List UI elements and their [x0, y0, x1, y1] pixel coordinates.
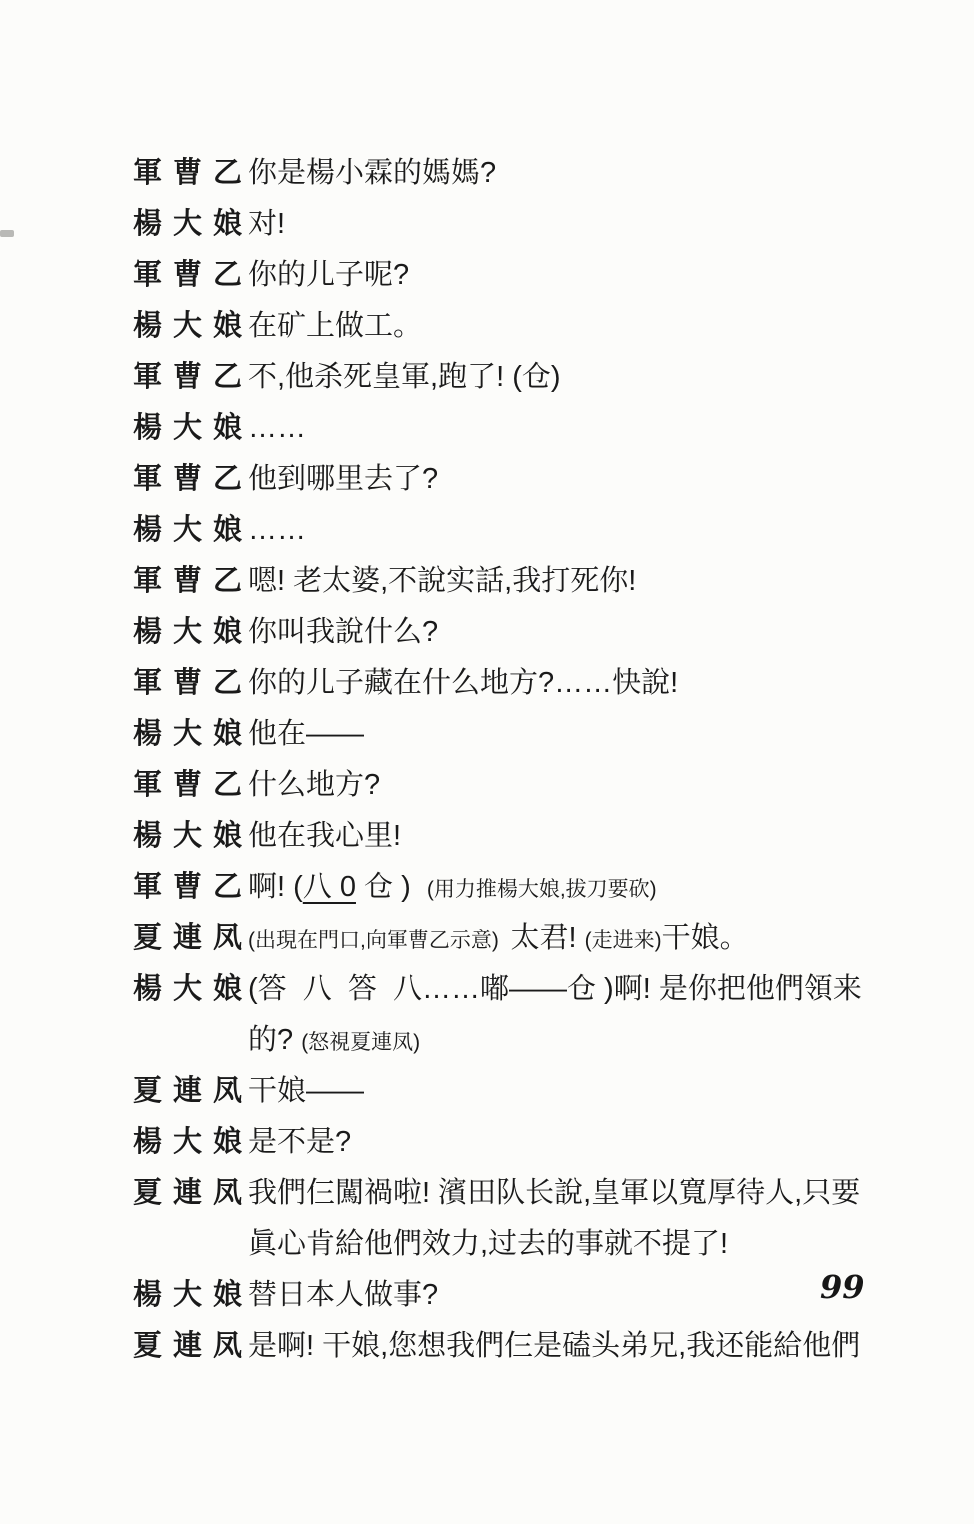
dialogue-row: 楊大娘你叫我說什么?	[133, 609, 923, 660]
speaker-name: 軍曹乙	[133, 864, 248, 910]
page-number: 99	[820, 1268, 865, 1306]
dialogue-segment-small: (用力推楊大娘,拔刀要砍)	[427, 878, 657, 901]
speaker-name: 楊大娘	[133, 1272, 248, 1318]
speaker-name: 楊大娘	[133, 711, 248, 757]
dialogue-segment-normal: ……	[248, 412, 306, 444]
dialogue-segment-normal: 不,他杀死皇軍,跑了! (仓)	[248, 361, 561, 393]
dialogue-segment-normal: 你的儿子藏在什么地方?……快說!	[248, 667, 678, 699]
dialogue-text: 他到哪里去了?	[248, 456, 903, 507]
speaker-name: 軍曹乙	[133, 354, 248, 400]
dialogue-segment-normal: 你是楊小霖的媽媽?	[248, 157, 496, 189]
dialogue-segment-normal: 干娘——	[248, 1075, 364, 1107]
dialogue-row: 軍曹乙你的儿子呢?	[133, 252, 923, 303]
dialogue-text: 是啊! 干娘,您想我們仨是磕头弟兄,我还能給他們	[248, 1323, 903, 1374]
dialogue-segment-normal: 是啊! 干娘,您想我們仨是磕头弟兄,我还能給他們	[248, 1330, 860, 1362]
dialogue-row: 楊大娘在矿上做工。	[133, 303, 923, 354]
speaker-name: 楊大娘	[133, 609, 248, 655]
speaker-name: 軍曹乙	[133, 456, 248, 502]
speaker-name: 楊大娘	[133, 1119, 248, 1165]
speaker-name: 楊大娘	[133, 966, 248, 1012]
dialogue-row: 楊大娘……	[133, 507, 923, 558]
dialogue-row: 夏連凤我們仨闖禍啦! 濱田队长說,皇軍以寬厚待人,只要 眞心肯給他們效力,过去的…	[133, 1170, 923, 1272]
dialogue-text: 替日本人做事?	[248, 1272, 903, 1323]
dialogue-segment-small: (出現在門口,向軍曹乙示意)	[248, 929, 511, 952]
dialogue-segment-normal: ……	[248, 514, 306, 546]
speaker-name: 楊大娘	[133, 813, 248, 859]
dialogue-row: 軍曹乙什么地方?	[133, 762, 923, 813]
speaker-name: 夏連凤	[133, 1068, 248, 1114]
dialogue-segment-normal: 他到哪里去了?	[248, 463, 438, 495]
dialogue-segment-normal: 嗯! 老太婆,不說实話,我打死你!	[248, 565, 636, 597]
dialogue-text: 你的儿子呢?	[248, 252, 903, 303]
dialogue-row: 軍曹乙他到哪里去了?	[133, 456, 923, 507]
dialogue-row: 夏連凤是啊! 干娘,您想我們仨是磕头弟兄,我还能給他們	[133, 1323, 923, 1374]
dialogue-text: 你是楊小霖的媽媽?	[248, 150, 903, 201]
dialogue-text: 你叫我說什么?	[248, 609, 903, 660]
dialogue-text: ……	[248, 405, 903, 456]
dialogue-segment-normal: 你的儿子呢?	[248, 259, 409, 291]
dialogue-segment-underline: 八 0	[303, 871, 356, 903]
dialogue-row: 軍曹乙嗯! 老太婆,不說实話,我打死你!	[133, 558, 923, 609]
scan-artifact	[0, 230, 14, 237]
dialogue-row: 軍曹乙你是楊小霖的媽媽?	[133, 150, 923, 201]
dialogue-text: 他在——	[248, 711, 903, 762]
dialogue-text: 你的儿子藏在什么地方?……快說!	[248, 660, 903, 711]
dialogue-row: 楊大娘(答 八 答 八……嘟——仓 )啊! 是你把他們領来 的? (怒視夏連凤)	[133, 966, 923, 1068]
dialogue-segment-normal: 我們仨闖禍啦! 濱田队长說,皇軍以寬厚待人,只要 眞心肯給他們效力,过去的事就不…	[248, 1177, 860, 1260]
dialogue-segment-normal: 啊! (	[248, 871, 303, 903]
speaker-name: 軍曹乙	[133, 150, 248, 196]
dialogue-row: 楊大娘替日本人做事?	[133, 1272, 923, 1323]
speaker-name: 軍曹乙	[133, 558, 248, 604]
dialogue-text: (答 八 答 八……嘟——仓 )啊! 是你把他們領来 的? (怒視夏連凤)	[248, 966, 903, 1068]
dialogue-segment-normal: 替日本人做事?	[248, 1279, 438, 1311]
dialogue-segment-normal: 干娘。	[662, 922, 749, 954]
script-body: 軍曹乙你是楊小霖的媽媽?楊大娘对!軍曹乙你的儿子呢?楊大娘在矿上做工。軍曹乙不,…	[133, 150, 923, 1374]
dialogue-segment-normal: 是不是?	[248, 1126, 351, 1158]
speaker-name: 楊大娘	[133, 201, 248, 247]
dialogue-segment-normal: 仓 )	[356, 871, 427, 903]
dialogue-text: 他在我心里!	[248, 813, 903, 864]
speaker-name: 夏連凤	[133, 1323, 248, 1369]
dialogue-segment-normal: 你叫我說什么?	[248, 616, 438, 648]
dialogue-text: 是不是?	[248, 1119, 903, 1170]
dialogue-text: (出現在門口,向軍曹乙示意) 太君! (走进来)干娘。	[248, 915, 903, 966]
dialogue-segment-small: (走进来)	[585, 929, 662, 952]
dialogue-row: 軍曹乙你的儿子藏在什么地方?……快說!	[133, 660, 923, 711]
speaker-name: 軍曹乙	[133, 252, 248, 298]
speaker-name: 夏連凤	[133, 1170, 248, 1216]
dialogue-text: 嗯! 老太婆,不說实話,我打死你!	[248, 558, 903, 609]
dialogue-row: 楊大娘……	[133, 405, 923, 456]
dialogue-segment-normal: 对!	[248, 208, 285, 240]
dialogue-row: 軍曹乙啊! (八 0 仓 ) (用力推楊大娘,拔刀要砍)	[133, 864, 923, 915]
dialogue-text: 对!	[248, 201, 903, 252]
dialogue-segment-normal: 他在——	[248, 718, 364, 750]
dialogue-text: 什么地方?	[248, 762, 903, 813]
dialogue-segment-normal: 在矿上做工。	[248, 310, 422, 342]
dialogue-text: 我們仨闖禍啦! 濱田队长說,皇軍以寬厚待人,只要 眞心肯給他們效力,过去的事就不…	[248, 1170, 903, 1272]
dialogue-text: 啊! (八 0 仓 ) (用力推楊大娘,拔刀要砍)	[248, 864, 903, 915]
dialogue-row: 楊大娘对!	[133, 201, 923, 252]
dialogue-segment-normal: 他在我心里!	[248, 820, 401, 852]
dialogue-segment-small: (怒視夏連凤)	[301, 1031, 420, 1054]
dialogue-row: 軍曹乙不,他杀死皇軍,跑了! (仓)	[133, 354, 923, 405]
speaker-name: 夏連凤	[133, 915, 248, 961]
dialogue-text: ……	[248, 507, 903, 558]
dialogue-row: 夏連凤(出現在門口,向軍曹乙示意) 太君! (走进来)干娘。	[133, 915, 923, 966]
speaker-name: 軍曹乙	[133, 660, 248, 706]
dialogue-row: 楊大娘是不是?	[133, 1119, 923, 1170]
speaker-name: 楊大娘	[133, 405, 248, 451]
dialogue-segment-normal: 太君!	[511, 922, 585, 954]
dialogue-text: 干娘——	[248, 1068, 903, 1119]
dialogue-row: 楊大娘他在我心里!	[133, 813, 923, 864]
dialogue-text: 不,他杀死皇軍,跑了! (仓)	[248, 354, 903, 405]
dialogue-text: 在矿上做工。	[248, 303, 903, 354]
speaker-name: 楊大娘	[133, 303, 248, 349]
dialogue-segment-normal: 什么地方?	[248, 769, 380, 801]
speaker-name: 軍曹乙	[133, 762, 248, 808]
speaker-name: 楊大娘	[133, 507, 248, 553]
scanned-page: 軍曹乙你是楊小霖的媽媽?楊大娘对!軍曹乙你的儿子呢?楊大娘在矿上做工。軍曹乙不,…	[0, 0, 974, 1524]
dialogue-row: 夏連凤干娘——	[133, 1068, 923, 1119]
dialogue-row: 楊大娘他在——	[133, 711, 923, 762]
